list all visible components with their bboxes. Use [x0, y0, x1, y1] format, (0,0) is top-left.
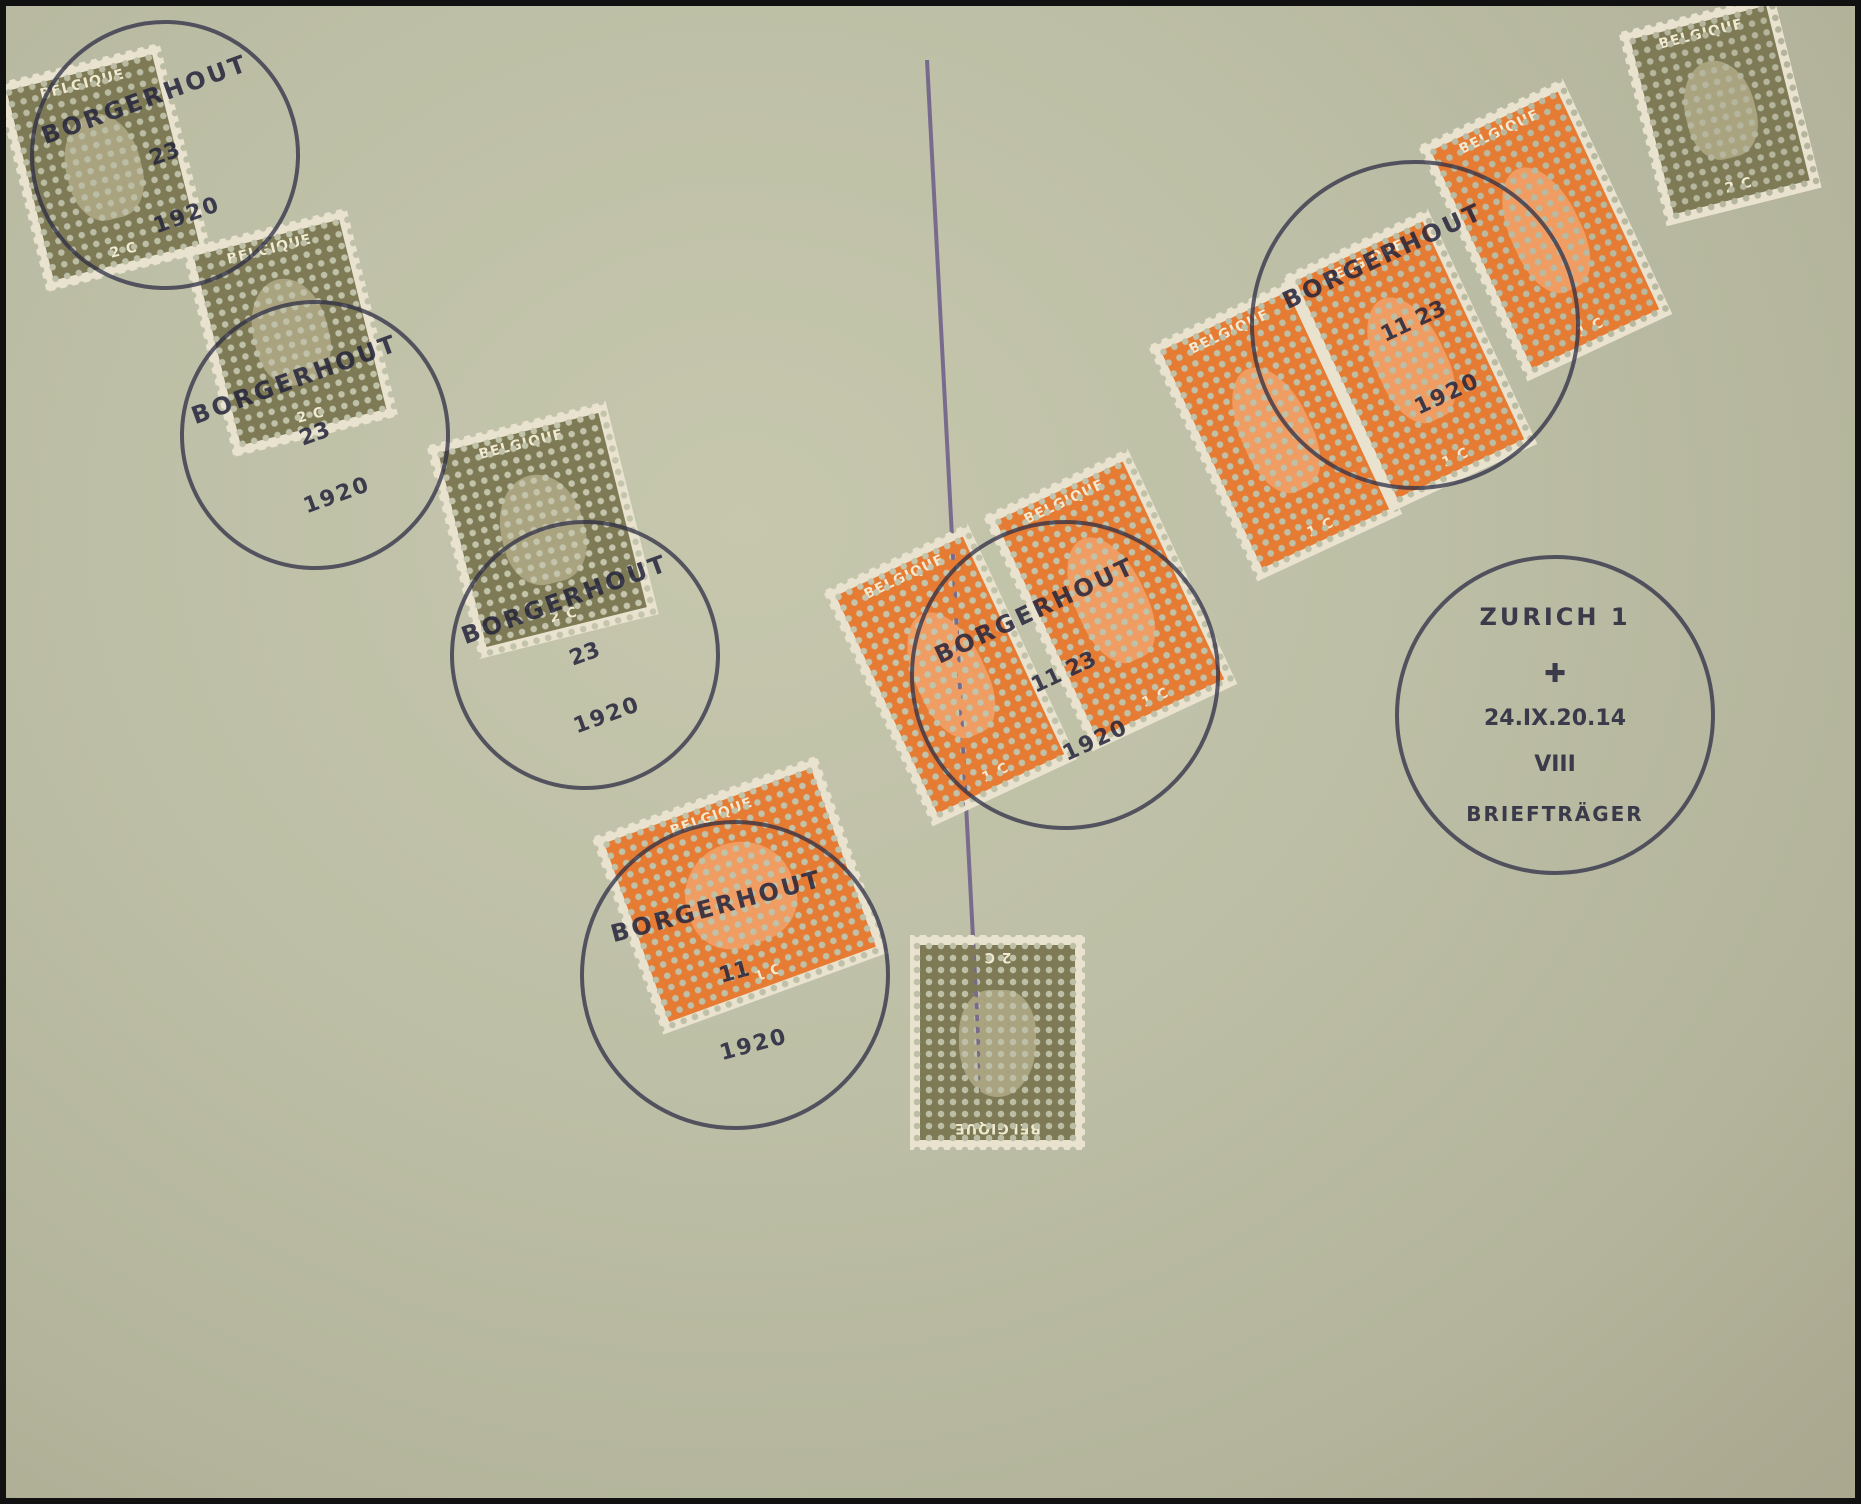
stamp-2c-5-corner: BELGIQUE2 C	[1618, 0, 1822, 226]
portrait	[1674, 53, 1766, 166]
portrait	[959, 990, 1037, 1097]
swiss-cross-icon: ✚	[1399, 659, 1711, 689]
postmark-borgerhout-2: BORGERHOUT231920	[142, 262, 488, 608]
envelope-back: BELGIQUE2 C BELGIQUE2 C BELGIQUE2 C BELG…	[0, 0, 1861, 1504]
postmark-zurich: ZURICH 1 ✚ 24.IX.20.14 VIII BRIEFTRÄGER	[1395, 555, 1715, 875]
stamp-2c-4-inverted: BELGIQUE2 C	[910, 935, 1085, 1150]
postmark-borgerhout-4: BORGERHOUT11 231920	[859, 469, 1271, 881]
